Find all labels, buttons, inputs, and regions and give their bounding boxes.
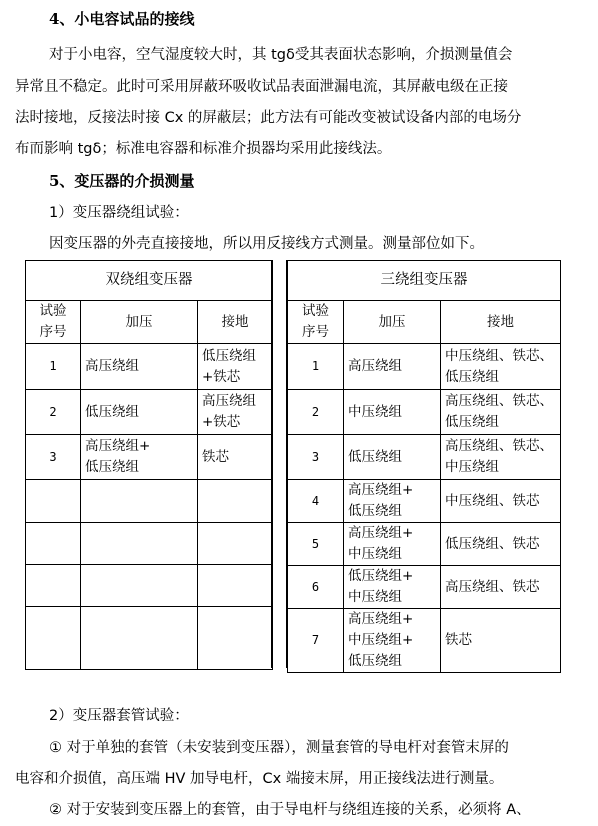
ground-line: 高压绕组、铁芯	[445, 577, 556, 598]
seq-cell: 2	[288, 390, 344, 435]
ground-cell	[198, 523, 273, 565]
seq-cell	[26, 565, 81, 607]
ground-line: 低压绕组、铁芯	[445, 534, 556, 555]
voltage-line: 低压绕组+	[348, 566, 436, 587]
seq-cell: 3	[288, 435, 344, 480]
ground-line: 低压绕组	[445, 367, 556, 388]
voltage-cell: 高压绕组+低压绕组	[344, 480, 441, 523]
ground-line: 高压绕组、铁芯、	[445, 436, 556, 457]
table-row: 2 低压绕组 高压绕组+铁芯	[26, 390, 273, 435]
voltage-line: 低压绕组	[348, 501, 436, 522]
header-voltage: 加压	[81, 301, 198, 344]
sub2-title: 2）变压器套管试验：	[49, 706, 189, 726]
voltage-line: 中压绕组	[348, 587, 436, 608]
seq-cell: 5	[288, 523, 344, 566]
ground-line: +铁芯	[202, 367, 268, 388]
voltage-cell: 高压绕组+中压绕组	[344, 523, 441, 566]
header-seq-line-2: 序号	[30, 322, 76, 343]
ground-line: 高压绕组、铁芯、	[445, 391, 556, 412]
ground-line: +铁芯	[202, 412, 268, 433]
seq-cell: 1	[26, 344, 81, 390]
header-ground: 接地	[198, 301, 273, 344]
voltage-line: 高压绕组+	[348, 480, 436, 501]
seq-cell	[26, 523, 81, 565]
table-row: 1 高压绕组 低压绕组+铁芯	[26, 344, 273, 390]
section-4-para-line-3: 法时接地，反接法时接 Cx 的屏蔽层；此方法有可能改变被试设备内部的电场分	[15, 108, 521, 128]
voltage-cell: 高压绕组+低压绕组	[81, 435, 198, 480]
ground-cell	[198, 607, 273, 670]
ground-cell	[198, 480, 273, 523]
table-row: 7 高压绕组+中压绕组+低压绕组 铁芯	[288, 609, 561, 673]
voltage-cell: 低压绕组	[81, 390, 198, 435]
ground-line: 低压绕组	[202, 346, 268, 367]
voltage-cell: 高压绕组	[344, 344, 441, 390]
ground-cell: 高压绕组+铁芯	[198, 390, 273, 435]
voltage-line: 低压绕组	[348, 651, 436, 672]
ground-cell: 低压绕组、铁芯	[441, 523, 561, 566]
seq-cell	[26, 607, 81, 670]
sub1-title: 1）变压器绕组试验：	[49, 203, 189, 223]
voltage-cell: 高压绕组	[81, 344, 198, 390]
three-winding-title: 三绕组变压器	[288, 261, 561, 301]
section-4-para-line-4: 布而影响 tgδ；标准电容器和标准介损器均采用此接线法。	[15, 139, 391, 159]
section-5-heading: 5、变压器的介损测量	[49, 171, 194, 191]
voltage-cell: 低压绕组+中压绕组	[344, 566, 441, 609]
header-voltage: 加压	[344, 301, 441, 344]
seq-cell: 6	[288, 566, 344, 609]
ground-line: 铁芯	[202, 447, 268, 468]
header-seq-line-2: 序号	[292, 322, 339, 343]
ground-line: 高压绕组	[202, 391, 268, 412]
header-seq: 试验 序号	[288, 301, 344, 344]
sub2-para-line-2: 电容和介损值，高压端 HV 加导电杆，Cx 端接末屏，用正接线法进行测量。	[15, 769, 503, 789]
seq-cell: 1	[288, 344, 344, 390]
table-row-empty	[26, 480, 273, 523]
ground-cell: 高压绕组、铁芯、中压绕组	[441, 435, 561, 480]
seq-cell	[26, 480, 81, 523]
table-row: 2 中压绕组 高压绕组、铁芯、低压绕组	[288, 390, 561, 435]
voltage-cell: 高压绕组+中压绕组+低压绕组	[344, 609, 441, 673]
ground-line: 低压绕组	[445, 412, 556, 433]
ground-cell: 中压绕组、铁芯、低压绕组	[441, 344, 561, 390]
ground-line: 中压绕组、铁芯、	[445, 346, 556, 367]
voltage-cell	[81, 523, 198, 565]
three-winding-table: 三绕组变压器 试验 序号 加压 接地 1 高压绕组 中压绕组、铁芯、低压绕组 2…	[287, 260, 561, 673]
two-winding-title: 双绕组变压器	[26, 261, 273, 301]
header-seq-line-1: 试验	[292, 301, 339, 322]
two-winding-table: 双绕组变压器 试验 序号 加压 接地 1 高压绕组 低压绕组+铁芯 2 低压绕组…	[25, 260, 273, 670]
seq-cell: 2	[26, 390, 81, 435]
voltage-line: 中压绕组	[348, 402, 436, 423]
ground-cell	[198, 565, 273, 607]
seq-cell: 4	[288, 480, 344, 523]
voltage-cell: 中压绕组	[344, 390, 441, 435]
table-row-empty	[26, 565, 273, 607]
section-4-para-line-2: 异常且不稳定。此时可采用屏蔽环吸收试品表面泄漏电流，其屏蔽电级在正接	[15, 77, 508, 97]
ground-cell: 中压绕组、铁芯	[441, 480, 561, 523]
seq-cell: 7	[288, 609, 344, 673]
header-seq: 试验 序号	[26, 301, 81, 344]
voltage-line: 中压绕组	[348, 544, 436, 565]
sub2-para-line-3: ② 对于安装到变压器上的套管，由于导电杆与绕组连接的关系，必须将 A、	[49, 800, 531, 820]
voltage-cell	[81, 480, 198, 523]
ground-line: 铁芯	[445, 630, 556, 651]
voltage-line: 高压绕组+	[85, 436, 193, 457]
table-row: 4 高压绕组+低压绕组 中压绕组、铁芯	[288, 480, 561, 523]
voltage-line: 低压绕组	[85, 457, 193, 478]
header-seq-line-1: 试验	[30, 301, 76, 322]
table-row: 6 低压绕组+中压绕组 高压绕组、铁芯	[288, 566, 561, 609]
table-gap-divider	[271, 260, 287, 668]
voltage-cell	[81, 607, 198, 670]
voltage-line: 中压绕组+	[348, 630, 436, 651]
section-4-heading: 4、小电容试品的接线	[49, 9, 194, 29]
voltage-line: 低压绕组	[85, 402, 193, 423]
sub2-para-line-1: ① 对于单独的套管（未安装到变压器），测量套管的导电杆对套管末屏的	[49, 738, 509, 758]
voltage-line: 高压绕组	[348, 356, 436, 377]
section-4-heading-text: 4、小电容试品的接线	[49, 10, 194, 28]
ground-line: 中压绕组、铁芯	[445, 491, 556, 512]
table-row: 3 低压绕组 高压绕组、铁芯、中压绕组	[288, 435, 561, 480]
ground-cell: 低压绕组+铁芯	[198, 344, 273, 390]
table-row-empty	[26, 523, 273, 565]
section-4-para-line-1: 对于小电容，空气湿度较大时，其 tgδ受其表面状态影响，介损测量值会	[49, 45, 512, 65]
table-row: 1 高压绕组 中压绕组、铁芯、低压绕组	[288, 344, 561, 390]
voltage-cell	[81, 565, 198, 607]
ground-cell: 铁芯	[441, 609, 561, 673]
table-row: 3 高压绕组+低压绕组 铁芯	[26, 435, 273, 480]
ground-line: 中压绕组	[445, 457, 556, 478]
ground-cell: 铁芯	[198, 435, 273, 480]
voltage-line: 高压绕组	[85, 356, 193, 377]
table-row-empty	[26, 607, 273, 670]
table-row: 5 高压绕组+中压绕组 低压绕组、铁芯	[288, 523, 561, 566]
voltage-line: 低压绕组	[348, 447, 436, 468]
sub1-text: 因变压器的外壳直接接地，所以用反接线方式测量。测量部位如下。	[49, 234, 484, 254]
header-ground: 接地	[441, 301, 561, 344]
voltage-line: 高压绕组+	[348, 609, 436, 630]
voltage-cell: 低压绕组	[344, 435, 441, 480]
seq-cell: 3	[26, 435, 81, 480]
ground-cell: 高压绕组、铁芯、低压绕组	[441, 390, 561, 435]
voltage-line: 高压绕组+	[348, 523, 436, 544]
ground-cell: 高压绕组、铁芯	[441, 566, 561, 609]
